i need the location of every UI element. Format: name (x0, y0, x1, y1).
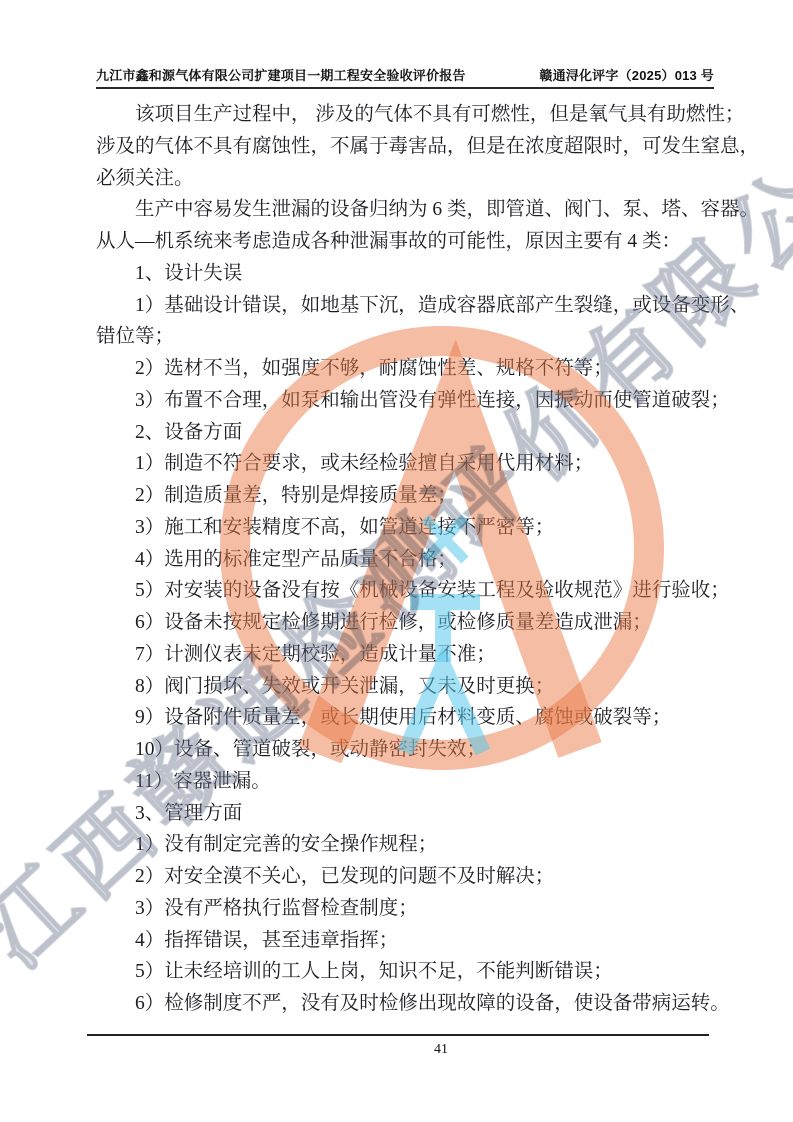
body-line: 5）让未经培训的工人上岗，知识不足，不能判断错误； (96, 956, 714, 988)
body-line: 2）对安全漠不关心，已发现的问题不及时解决； (96, 861, 714, 893)
body-line: 3）没有严格执行监督检查制度； (96, 893, 714, 925)
body-line: 2）选材不当，如强度不够，耐腐蚀性差、规格不符等； (96, 353, 714, 385)
page-number: 41 (425, 1042, 457, 1058)
body-line: 4）指挥错误，甚至违章指挥； (96, 925, 714, 957)
body-line: 9）设备附件质量差，或长期使用后材料变质、腐蚀或破裂等； (96, 702, 714, 734)
document-page: 九江市鑫和源气体有限公司扩建项目一期工程安全验收评价报告 赣通浔化评字（2025… (0, 0, 793, 1122)
body-line: 6）检修制度不严，没有及时检修出现故障的设备，使设备带病运转。 (96, 988, 714, 1020)
body-line: 4）选用的标准定型产品质量不合格； (96, 544, 714, 576)
body-line: 7）计测仪表未定期校验，造成计量不准； (96, 639, 714, 671)
body-line: 错位等； (96, 321, 714, 353)
header-doc-number: 赣通浔化评字（2025）013 号 (539, 65, 714, 84)
page-header: 九江市鑫和源气体有限公司扩建项目一期工程安全验收评价报告 赣通浔化评字（2025… (96, 56, 714, 89)
footer-divider (87, 1034, 709, 1036)
header-report-title: 九江市鑫和源气体有限公司扩建项目一期工程安全验收评价报告 (96, 65, 466, 84)
body-line: 1、设计失误 (96, 258, 714, 290)
body-line: 生产中容易发生泄漏的设备归纳为 6 类，即管道、阀门、泵、塔、容器。 (96, 194, 714, 226)
body-line: 1）基础设计错误，如地基下沉，造成容器底部产生裂缝，或设备变形、 (96, 290, 714, 322)
body-line: 必须关注。 (96, 163, 714, 195)
body-line: 涉及的气体不具有腐蚀性，不属于毒害品，但是在浓度超限时，可发生窒息， (96, 131, 714, 163)
body-line: 3）施工和安装精度不高，如管道连接不严密等； (96, 512, 714, 544)
body-line: 8）阀门损坏、失效或开关泄漏，又未及时更换； (96, 671, 714, 703)
body-line: 5）对安装的设备没有按《机械设备安装工程及验收规范》进行验收； (96, 575, 714, 607)
body-line: 6）设备未按规定检修期进行检修，或检修质量差造成泄漏； (96, 607, 714, 639)
body-line: 2）制造质量差，特别是焊接质量差； (96, 480, 714, 512)
body-text: 该项目生产过程中， 涉及的气体不具有可燃性，但是氧气具有助燃性；涉及的气体不具有… (96, 99, 714, 1020)
body-line: 3、管理方面 (96, 798, 714, 830)
body-line: 1）没有制定完善的安全操作规程； (96, 829, 714, 861)
body-line: 从人—机系统来考虑造成各种泄漏事故的可能性，原因主要有 4 类： (96, 226, 714, 258)
body-line: 该项目生产过程中， 涉及的气体不具有可燃性，但是氧气具有助燃性； (96, 99, 714, 131)
body-line: 1）制造不符合要求，或未经检验擅自采用代用材料； (96, 448, 714, 480)
body-line: 10）设备、管道破裂，或动静密封失效； (96, 734, 714, 766)
body-line: 11）容器泄漏。 (96, 766, 714, 798)
body-line: 3）布置不合理，如泵和输出管没有弹性连接，因振动而使管道破裂； (96, 385, 714, 417)
body-line: 2、设备方面 (96, 417, 714, 449)
